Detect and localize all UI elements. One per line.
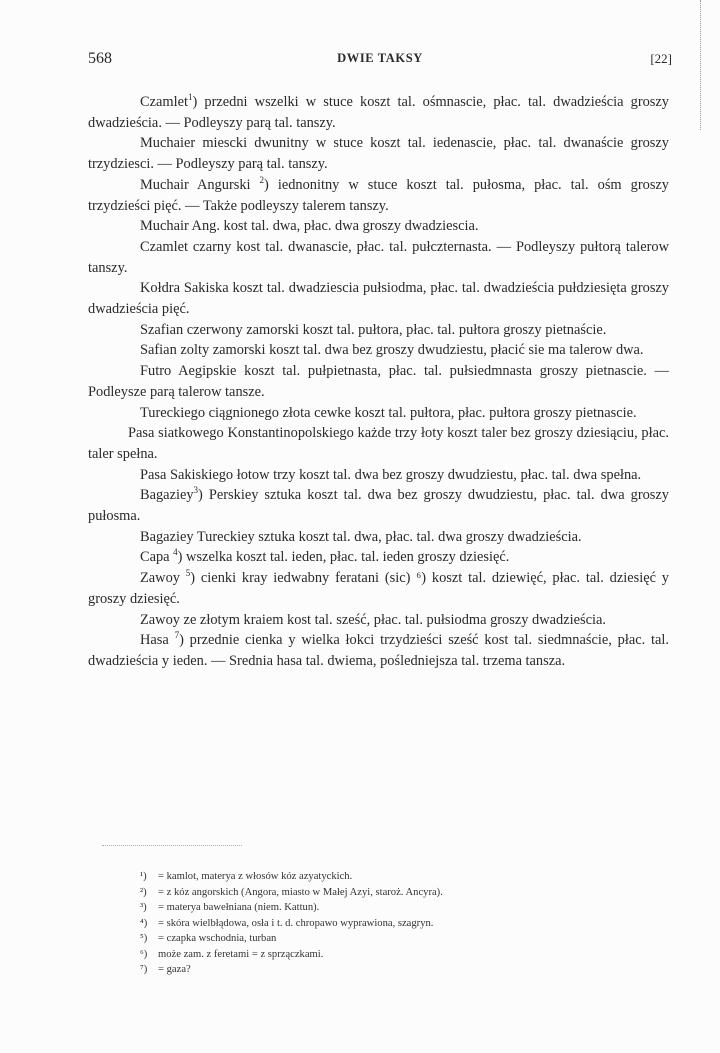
footnote-text: = gaza? [158, 964, 191, 975]
footnotes: ¹)= kamlot, materya z włosów kóz azyatyc… [140, 869, 590, 978]
paragraph: Hasa 7) przednie cienka y wielka łokci t… [88, 630, 669, 671]
paragraph-text: Bagaziey [140, 487, 194, 503]
paragraph: Pasa siatkowego Konstantinopolskiego każ… [88, 423, 669, 464]
footnote-marker: ³) [140, 900, 158, 916]
footnote-text: = czapka wschodnia, turban [158, 933, 276, 944]
paragraph-text: Szafian czerwony zamorski koszt tal. puł… [140, 322, 606, 338]
footnote-marker: ⁶) [140, 947, 158, 963]
footnote-text: = skóra wielbłądowa, osła i t. d. chropa… [158, 918, 433, 929]
paragraph-text: Muchair Angurski [140, 177, 260, 193]
footnote: ²)= z kóz angorskich (Angora, miasto w M… [140, 885, 590, 901]
paragraph: Safian zolty zamorski koszt tal. dwa bez… [88, 340, 669, 361]
paragraph-text: Pasa Sakiskiego łotow trzy koszt tal. dw… [140, 467, 641, 483]
footnote-marker: ⁴) [140, 916, 158, 932]
paragraph-text: Muchaier miescki dwunitny w stuce koszt … [88, 135, 669, 172]
paragraph: Pasa Sakiskiego łotow trzy koszt tal. dw… [88, 465, 669, 486]
paragraph-text: Zawoy ze złotym kraiem kost tal. sześć, … [140, 612, 606, 628]
paragraph: Zawoy ze złotym kraiem kost tal. sześć, … [88, 610, 669, 631]
paragraph: Czamlet1) przedni wszelki w stuce koszt … [88, 92, 669, 133]
paragraph: Muchair Angurski 2) iednonitny w stuce k… [88, 175, 669, 216]
footnote: ⁵)= czapka wschodnia, turban [140, 931, 590, 947]
paragraph: Bagaziey3) Perskiey sztuka koszt tal. dw… [88, 485, 669, 526]
footnote: ⁴)= skóra wielbłądowa, osła i t. d. chro… [140, 916, 590, 932]
footnote-marker: ²) [140, 885, 158, 901]
paragraph-text: Bagaziey Tureckiey sztuka koszt tal. dwa… [140, 529, 582, 545]
paragraph: Zawoy 5) cienki kray iedwabny feratani (… [88, 568, 669, 609]
paragraph: Czamlet czarny kost tal. dwanascie, płac… [88, 237, 669, 278]
paragraph: Szafian czerwony zamorski koszt tal. puł… [88, 320, 669, 341]
footnote: ⁶)może zam. z feretami = z sprzączkami. [140, 947, 590, 963]
footnote-marker: ⁷) [140, 962, 158, 978]
paragraph: Tureckiego ciągnionego złota cewke koszt… [88, 403, 669, 424]
paragraph-text: Tureckiego ciągnionego złota cewke koszt… [140, 405, 637, 421]
paragraph-text: ) wszelka koszt tal. ieden, płac. tal. i… [178, 549, 510, 565]
scan-edge-artifact [700, 0, 702, 130]
running-title: DWIE TAKSY [88, 51, 672, 66]
body-text: Czamlet1) przedni wszelki w stuce koszt … [88, 92, 669, 672]
paragraph-text: Czamlet czarny kost tal. dwanascie, płac… [88, 239, 669, 276]
paragraph: Bagaziey Tureckiey sztuka koszt tal. dwa… [88, 527, 669, 548]
paragraph-text: Futro Aegipskie koszt tal. pułpietnasta,… [88, 363, 669, 400]
section-marker: [22] [650, 51, 672, 67]
paragraph-text: Zawoy [140, 570, 186, 586]
paragraph-text: Safian zolty zamorski koszt tal. dwa bez… [140, 342, 644, 358]
footnote-marker: ¹) [140, 869, 158, 885]
paragraph: Muchair Ang. kost tal. dwa, płac. dwa gr… [88, 216, 669, 237]
footnote-text: = materya bawełniana (niem. Kattun). [158, 902, 319, 913]
footnote-separator [102, 845, 242, 846]
paragraph: Muchaier miescki dwunitny w stuce koszt … [88, 133, 669, 174]
page-header: 568 DWIE TAKSY [22] [88, 50, 672, 70]
footnote-text: = kamlot, materya z włosów kóz azyatycki… [158, 871, 352, 882]
paragraph: Capa 4) wszelka koszt tal. ieden, płac. … [88, 547, 669, 568]
paragraph-text: Kołdra Sakiska koszt tal. dwadziescia pu… [88, 280, 669, 317]
footnote: ³)= materya bawełniana (niem. Kattun). [140, 900, 590, 916]
paragraph-text: Capa [140, 549, 173, 565]
paragraph-text: Hasa [140, 632, 175, 648]
paragraph: Kołdra Sakiska koszt tal. dwadziescia pu… [88, 278, 669, 319]
footnote: ¹)= kamlot, materya z włosów kóz azyatyc… [140, 869, 590, 885]
paragraph-text: Czamlet [140, 94, 188, 110]
paragraph: Futro Aegipskie koszt tal. pułpietnasta,… [88, 361, 669, 402]
footnote: ⁷)= gaza? [140, 962, 590, 978]
paragraph-text: Pasa siatkowego Konstantinopolskiego każ… [88, 425, 669, 462]
footnote-marker: ⁵) [140, 931, 158, 947]
footnote-text: może zam. z feretami = z sprzączkami. [158, 949, 323, 960]
footnote-text: = z kóz angorskich (Angora, miasto w Mał… [158, 887, 443, 898]
paragraph-text: Muchair Ang. kost tal. dwa, płac. dwa gr… [140, 218, 478, 234]
